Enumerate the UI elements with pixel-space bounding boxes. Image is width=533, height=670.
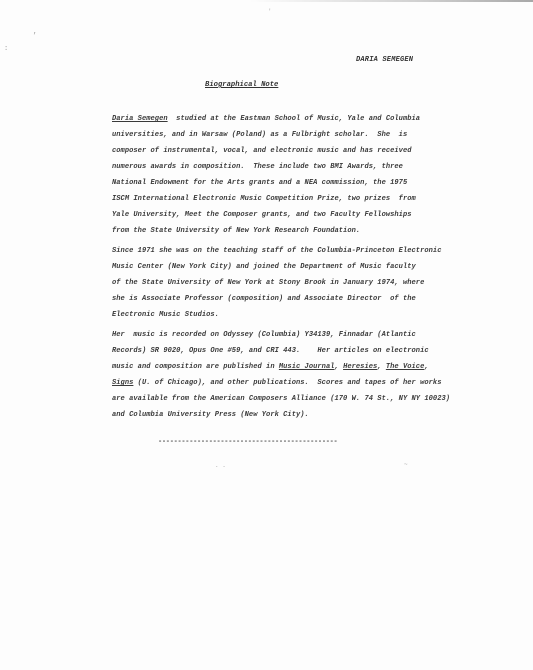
text-line: Since 1971 she was on the teaching staff…: [112, 243, 522, 259]
text-run: National Endowment for the Arts grants a…: [112, 179, 407, 187]
paragraph: Daria Semegen studied at the Eastman Sch…: [112, 111, 522, 239]
text-run: music and composition are published in: [112, 363, 279, 371]
text-line: are available from the American Composer…: [112, 391, 522, 407]
document-body: Daria Semegen studied at the Eastman Sch…: [112, 111, 522, 423]
text-run: Electronic Music Studios.: [112, 311, 219, 319]
margin-mark: ,: [33, 28, 37, 36]
text-run: ,: [335, 363, 344, 371]
underlined-title: Heresies: [343, 363, 377, 371]
text-run: numerous awards in composition. These in…: [112, 163, 403, 171]
margin-mark: :: [4, 45, 8, 53]
text-line: Daria Semegen studied at the Eastman Sch…: [112, 111, 522, 127]
document-title: Biographical Note: [205, 81, 278, 89]
text-run: ISCM International Electronic Music Comp…: [112, 195, 416, 203]
text-run: Records) SR 9020, Opus One #59, and CRI …: [112, 347, 429, 355]
text-line: Signs (U. of Chicago), and other publica…: [112, 375, 522, 391]
text-line: Records) SR 9020, Opus One #59, and CRI …: [112, 343, 522, 359]
text-line: from the State University of New York Re…: [112, 223, 522, 239]
text-run: Music Center (New York City) and joined …: [112, 263, 416, 271]
text-line: Electronic Music Studios.: [112, 307, 522, 323]
scan-speck: ': [268, 8, 272, 15]
text-line: she is Associate Professor (composition)…: [112, 291, 522, 307]
scan-edge-line: [250, 0, 533, 2]
text-line: of the State University of New York at S…: [112, 275, 522, 291]
text-line: National Endowment for the Arts grants a…: [112, 175, 522, 191]
text-run: Yale University, Meet the Composer grant…: [112, 211, 412, 219]
text-line: and Columbia University Press (New York …: [112, 407, 522, 423]
text-run: ,: [424, 363, 428, 371]
scan-speck: . .: [215, 462, 226, 469]
author-heading: DARIA SEMEGEN: [356, 56, 413, 64]
text-line: composer of instrumental, vocal, and ele…: [112, 143, 522, 159]
text-run: studied at the Eastman School of Music, …: [168, 115, 420, 123]
text-line: Yale University, Meet the Composer grant…: [112, 207, 522, 223]
text-line: Her music is recorded on Odyssey (Columb…: [112, 327, 522, 343]
text-run: are available from the American Composer…: [112, 395, 450, 403]
text-run: and Columbia University Press (New York …: [112, 411, 309, 419]
text-run: (U. of Chicago), and other publications.…: [133, 379, 441, 387]
text-line: Music Center (New York City) and joined …: [112, 259, 522, 275]
text-run: Her music is recorded on Odyssey (Columb…: [112, 331, 416, 339]
text-line: music and composition are published in M…: [112, 359, 522, 375]
underlined-title: The Voice: [386, 363, 425, 371]
underlined-title: Signs: [112, 379, 133, 387]
text-line: numerous awards in composition. These in…: [112, 159, 522, 175]
underlined-title: Daria Semegen: [112, 115, 168, 123]
paragraph: Since 1971 she was on the teaching staff…: [112, 243, 522, 323]
paragraph: Her music is recorded on Odyssey (Columb…: [112, 327, 522, 423]
document-page: , : ' DARIA SEMEGEN Biographical Note Da…: [0, 0, 533, 670]
text-line: universities, and in Warsaw (Poland) as …: [112, 127, 522, 143]
scan-speck: ~: [404, 461, 408, 468]
text-run: Since 1971 she was on the teaching staff…: [112, 247, 441, 255]
text-run: universities, and in Warsaw (Poland) as …: [112, 131, 407, 139]
text-run: of the State University of New York at S…: [112, 279, 424, 287]
text-line: ISCM International Electronic Music Comp…: [112, 191, 522, 207]
divider-line: ----------------------------------------…: [158, 438, 337, 446]
text-run: from the State University of New York Re…: [112, 227, 360, 235]
text-run: she is Associate Professor (composition)…: [112, 295, 416, 303]
text-run: ,: [377, 363, 386, 371]
underlined-title: Music Journal: [279, 363, 335, 371]
text-run: composer of instrumental, vocal, and ele…: [112, 147, 412, 155]
